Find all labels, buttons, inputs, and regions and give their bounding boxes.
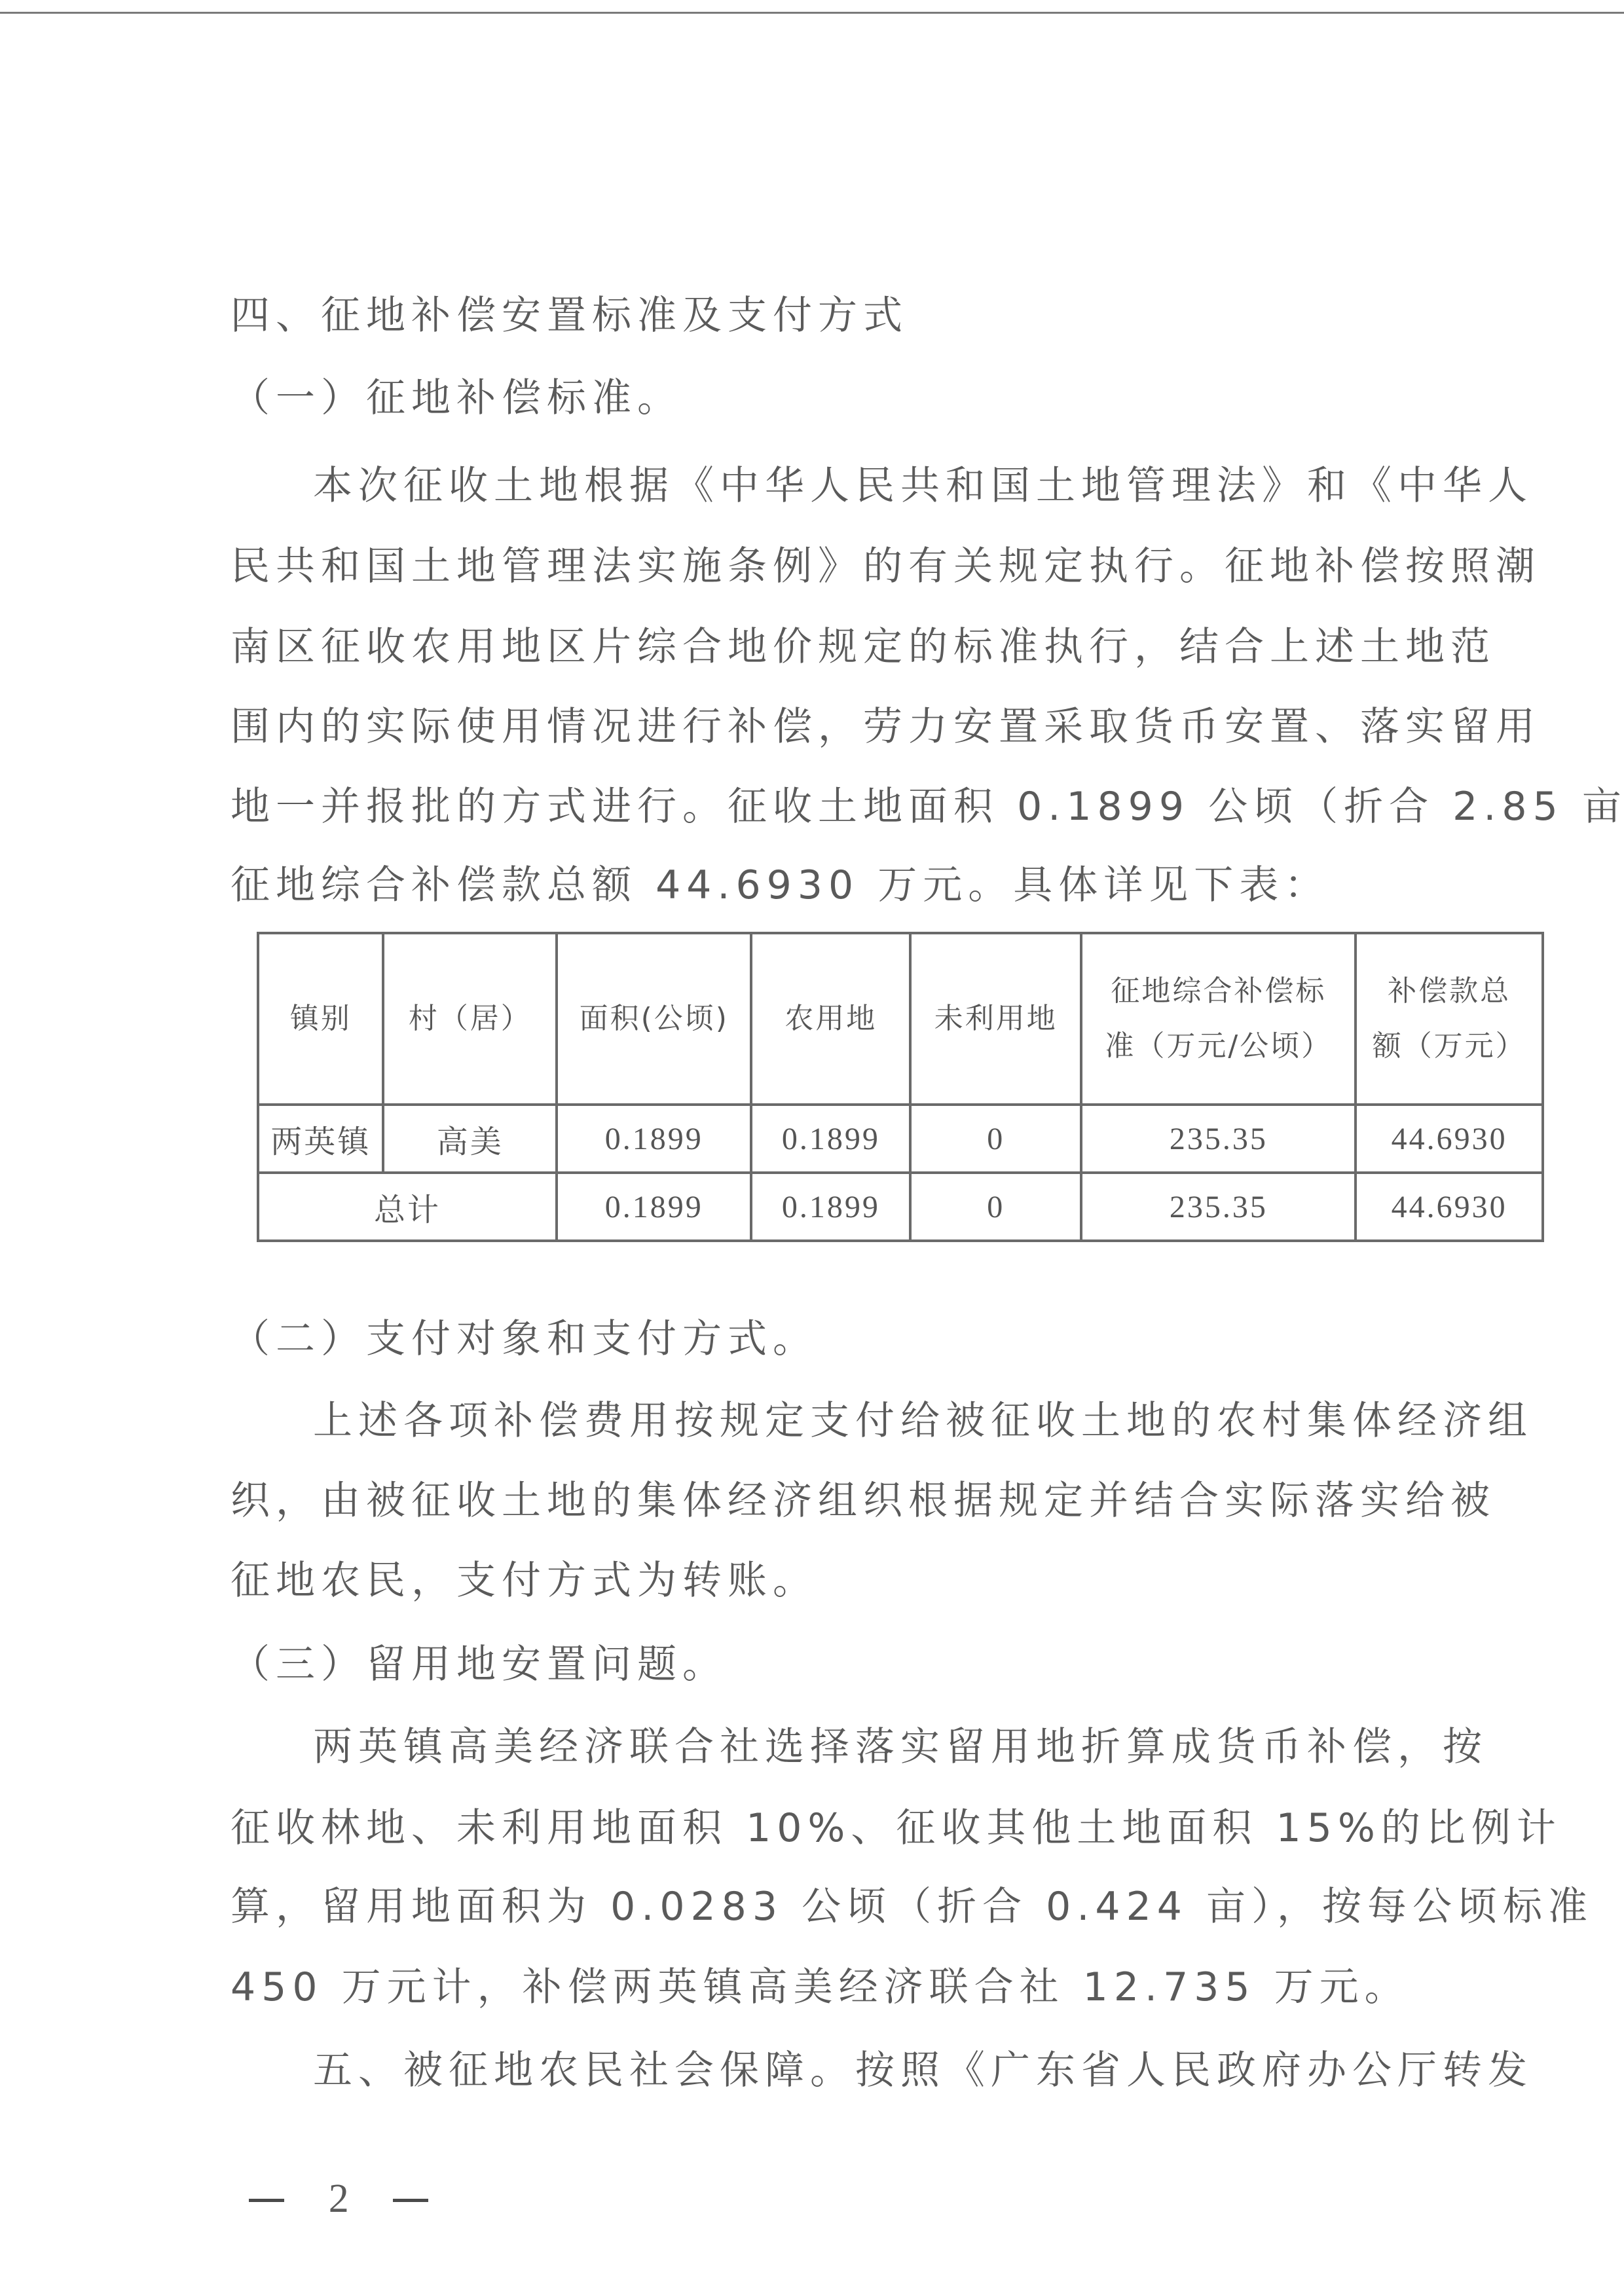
page-number: 2 xyxy=(329,2176,349,2221)
subsection-2-heading: （二）支付对象和支付方式。 xyxy=(231,1319,818,1359)
paragraph-2-line: 征地农民，支付方式为转账。 xyxy=(231,1561,818,1600)
paragraph-3-line: 两英镇高美经济联合社选择落实留用地折算成货币补偿，按 xyxy=(313,1727,1488,1767)
cell-village: 高美 xyxy=(383,1105,557,1173)
header-town: 镇别 xyxy=(258,933,383,1105)
cell-total-area: 0.1899 xyxy=(557,1173,751,1241)
section-5-line: 五、被征地农民社会保障。按照《广东省人民政府办公厅转发 xyxy=(313,2051,1533,2090)
header-area: 面积(公顷) xyxy=(557,933,751,1105)
paragraph-1-line: 民共和国土地管理法实施条例》的有关规定执行。征地补偿按照潮 xyxy=(231,547,1541,586)
cell-total-standard: 235.35 xyxy=(1081,1173,1356,1241)
paragraph-2-line: 上述各项补偿费用按规定支付给被征收土地的农村集体经济组 xyxy=(313,1401,1533,1441)
cell-area: 0.1899 xyxy=(557,1105,751,1173)
paragraph-1-line: 围内的实际使用情况进行补偿，劳力安置采取货币安置、落实留用 xyxy=(231,707,1541,746)
header-village: 村（居） xyxy=(383,933,557,1105)
paragraph-1-line: 本次征收土地根据《中华人民共和国土地管理法》和《中华人 xyxy=(313,466,1533,505)
footer-dash-left xyxy=(249,2199,284,2202)
header-compensation-standard: 征地综合补偿标 准（万元/公顷） xyxy=(1081,933,1356,1105)
paragraph-3-line: 征收林地、未利用地面积 10%、征收其他土地面积 15%的比例计 xyxy=(231,1808,1562,1848)
cell-total: 44.6930 xyxy=(1356,1105,1543,1173)
footer-dash-right xyxy=(393,2199,428,2202)
compensation-table: 镇别 村（居） 面积(公顷) 农用地 未利用地 征地综合补偿标 准（万元/公顷）… xyxy=(257,932,1544,1242)
paragraph-3-line: 450 万元计，补偿两英镇高美经济联合社 12.735 万元。 xyxy=(231,1968,1410,2007)
paragraph-3-line: 算，留用地面积为 0.0283 公顷（折合 0.424 亩），按每公顷标准 xyxy=(231,1887,1593,1926)
cell-farmland: 0.1899 xyxy=(751,1105,910,1173)
header-unused-land: 未利用地 xyxy=(910,933,1081,1105)
paragraph-1-line: 南区征收农用地区片综合地价规定的标准执行，结合上述土地范 xyxy=(231,627,1496,667)
cell-total-farmland: 0.1899 xyxy=(751,1173,910,1241)
cell-total-label: 总计 xyxy=(258,1173,557,1241)
subsection-3-heading: （三）留用地安置问题。 xyxy=(231,1645,728,1684)
table-header-row: 镇别 村（居） 面积(公顷) 农用地 未利用地 征地综合补偿标 准（万元/公顷）… xyxy=(258,933,1543,1105)
cell-total-unused: 0 xyxy=(910,1173,1081,1241)
header-compensation-total: 补偿款总 额（万元） xyxy=(1356,933,1543,1105)
cell-town: 两英镇 xyxy=(258,1105,383,1173)
page-footer: 2 xyxy=(249,2174,428,2222)
cell-standard: 235.35 xyxy=(1081,1105,1356,1173)
table-row: 两英镇 高美 0.1899 0.1899 0 235.35 44.6930 xyxy=(258,1105,1543,1173)
paragraph-1-line: 征地综合补偿款总额 44.6930 万元。具体详见下表： xyxy=(231,866,1329,905)
header-farmland: 农用地 xyxy=(751,933,910,1105)
cell-total-total: 44.6930 xyxy=(1356,1173,1543,1241)
paragraph-2-line: 织，由被征收土地的集体经济组织根据规定并结合实际落实给被 xyxy=(231,1481,1496,1520)
section-heading: 四、征地补偿安置标准及支付方式 xyxy=(231,296,908,335)
top-border-line xyxy=(0,12,1624,14)
cell-unused: 0 xyxy=(910,1105,1081,1173)
paragraph-1-line: 地一并报批的方式进行。征收土地面积 0.1899 公顷（折合 2.85 亩）， xyxy=(231,787,1624,826)
subsection-1-heading: （一）征地补偿标准。 xyxy=(231,378,682,418)
table-total-row: 总计 0.1899 0.1899 0 235.35 44.6930 xyxy=(258,1173,1543,1241)
